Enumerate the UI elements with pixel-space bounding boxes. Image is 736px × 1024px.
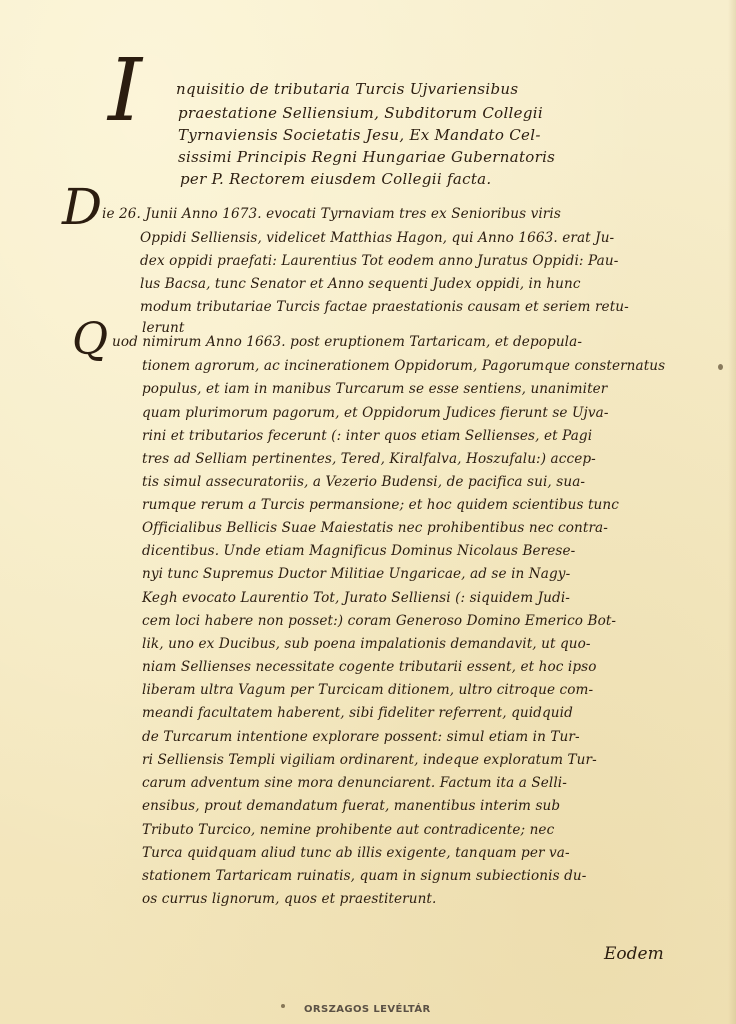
title-line: Tyrnaviensis Societatis Jesu, Ex Mandato… [178, 126, 541, 144]
paragraph-2-line: meandi facultatem haberent, sibi fidelit… [142, 705, 573, 721]
paragraph-1-line: lus Bacsa, tunc Senator et Anno sequenti… [140, 276, 581, 292]
paragraph-2-line: de Turcarum intentione explorare possent… [142, 729, 580, 745]
paragraph-2-line: ri Selliensis Templi vigiliam ordinarent… [142, 752, 597, 768]
paragraph-2-line: populus, et iam in manibus Turcarum se e… [142, 381, 607, 397]
paragraph-2-line: cem loci habere non posset:) coram Gener… [142, 613, 616, 629]
title-initial: I [108, 48, 142, 134]
paragraph-1-line: ie 26. Junii Anno 1673. evocati Tyrnavia… [102, 206, 561, 222]
archive-stamp: ORSZAGOS LEVÉLTÁR [304, 1004, 431, 1015]
paragraph-2-line: os currus lignorum, quos et praestiterun… [142, 891, 436, 907]
paragraph-2-line: liberam ultra Vagum per Turcicam ditione… [142, 682, 593, 698]
paragraph-1-line: modum tributariae Turcis factae praestat… [140, 299, 629, 315]
paragraph-1-initial: D [62, 182, 102, 232]
paragraph-2-initial: Q [72, 318, 108, 362]
catchword: Eodem [604, 944, 664, 964]
paragraph-2-line: nyi tunc Supremus Ductor Militiae Ungari… [142, 566, 570, 582]
page-edge-shadow [728, 0, 736, 1024]
paragraph-2-line: dicentibus. Unde etiam Magnificus Dominu… [142, 543, 575, 559]
manuscript-page: I nquisitio de tributaria Turcis Ujvarie… [0, 0, 736, 1024]
paragraph-2-line: uod nimirum Anno 1663. post eruptionem T… [112, 334, 582, 350]
paragraph-2-line: tres ad Selliam pertinentes, Tered, Kira… [142, 451, 596, 467]
paragraph-2-line: lik, uno ex Ducibus, sub poena impalatio… [142, 636, 591, 652]
paragraph-2-line: tis simul assecuratoriis, a Vezerio Bude… [142, 474, 585, 490]
paragraph-2-line: Turca quidquam aliud tunc ab illis exige… [142, 845, 570, 861]
ink-speck [281, 1004, 285, 1008]
title-line: praestatione Selliensium, Subditorum Col… [178, 104, 543, 122]
title-line: sissimi Principis Regni Hungariae Gubern… [178, 148, 555, 166]
paragraph-2-line: carum adventum sine mora denunciarent. F… [142, 775, 567, 791]
title-line: nquisitio de tributaria Turcis Ujvariens… [176, 80, 518, 98]
paragraph-1-line: dex oppidi praefati: Laurentius Tot eode… [140, 253, 618, 269]
paragraph-2-line: niam Sellienses necessitate cogente trib… [142, 659, 596, 675]
paragraph-2-line: stationem Tartaricam ruinatis, quam in s… [142, 868, 586, 884]
paragraph-2-line: Officialibus Bellicis Suae Maiestatis ne… [142, 520, 608, 536]
paragraph-2-line: rini et tributarios fecerunt (: inter qu… [142, 428, 592, 444]
paragraph-2-line: Kegh evocato Laurentio Tot, Jurato Selli… [142, 590, 570, 606]
paragraph-2-line: Tributo Turcico, nemine prohibente aut c… [142, 822, 554, 838]
paragraph-2-line: tionem agrorum, ac incinerationem Oppido… [142, 358, 665, 374]
paragraph-2-line: quam plurimorum pagorum, et Oppidorum Ju… [142, 405, 609, 421]
paragraph-1-line: Oppidi Selliensis, videlicet Matthias Ha… [140, 230, 614, 246]
title-line: per P. Rectorem eiusdem Collegii facta. [180, 170, 491, 188]
paragraph-2-line: ensibus, prout demandatum fuerat, manent… [142, 798, 560, 814]
ink-speck [718, 364, 723, 370]
paragraph-2-line: rumque rerum a Turcis permansione; et ho… [142, 497, 619, 513]
